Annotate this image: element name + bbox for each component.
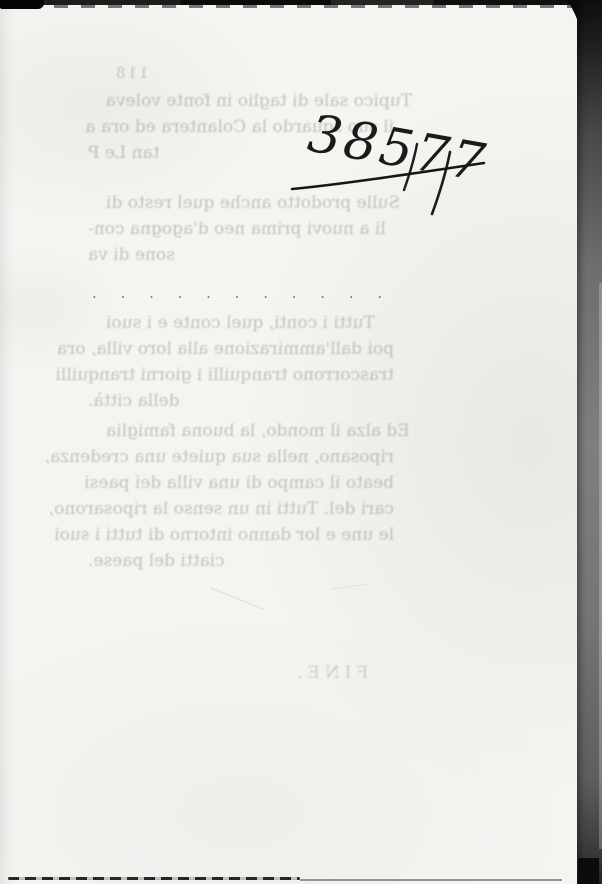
bleedthrough-line: poi dall'ammirazione alla loro villa, or… [88,336,394,362]
bleedthrough-line: tan Le P [88,140,160,166]
gutter-shadow-band [577,0,602,884]
ellipsis-leader-row: . . . . . . . . . . . [92,284,412,302]
bleedthrough-line: sone di va [88,242,175,268]
bleedthrough-line: riposano, nella sua quiete una credenza, [88,444,394,470]
bleedthrough-line: trascorrono tranquilli i giorni tranquil… [88,362,394,388]
bleedthrough-line: ciatti del paese. [88,548,225,574]
scan-corner-blob [0,0,44,9]
scan-edge-bottom-left [8,877,300,880]
bleedthrough-line: della città. [88,388,180,414]
bleedthrough-paragraph-4: Ed alza il mondo, la buona famiglia ripo… [88,418,394,574]
bleedthrough-line: cari del. Tutti in un senso la riposaron… [88,496,394,522]
bleedthrough-paragraph-3: Tutti i conti, quel conte e i suoi poi d… [88,310,394,414]
scan-edge-top-fragment [0,5,582,8]
scanned-book-page: 118 Tupico sale di taglio in fonte volev… [0,0,602,884]
paper-scratch [330,583,370,590]
fine-colophon-bleed: FINE. [292,663,368,683]
scan-edge-bottom-right [300,879,562,881]
bleedthrough-line: beato il campo di una villa dei paesi [88,470,394,496]
bleedthrough-line: le une e lor danno intorno di tutti i su… [88,522,394,548]
bleedthrough-line: Tutti i conti, quel conte e i suoi [106,310,375,336]
page-number-bleed: 118 [114,64,149,82]
handwritten-accession-number: 38577 [278,92,508,252]
gutter-band-bottom-block [578,858,599,884]
paper-scratch [210,587,264,610]
bleedthrough-line: Ed alza il mondo, la buona famiglia [106,418,410,444]
accession-number-digits: 38577 [304,104,492,194]
